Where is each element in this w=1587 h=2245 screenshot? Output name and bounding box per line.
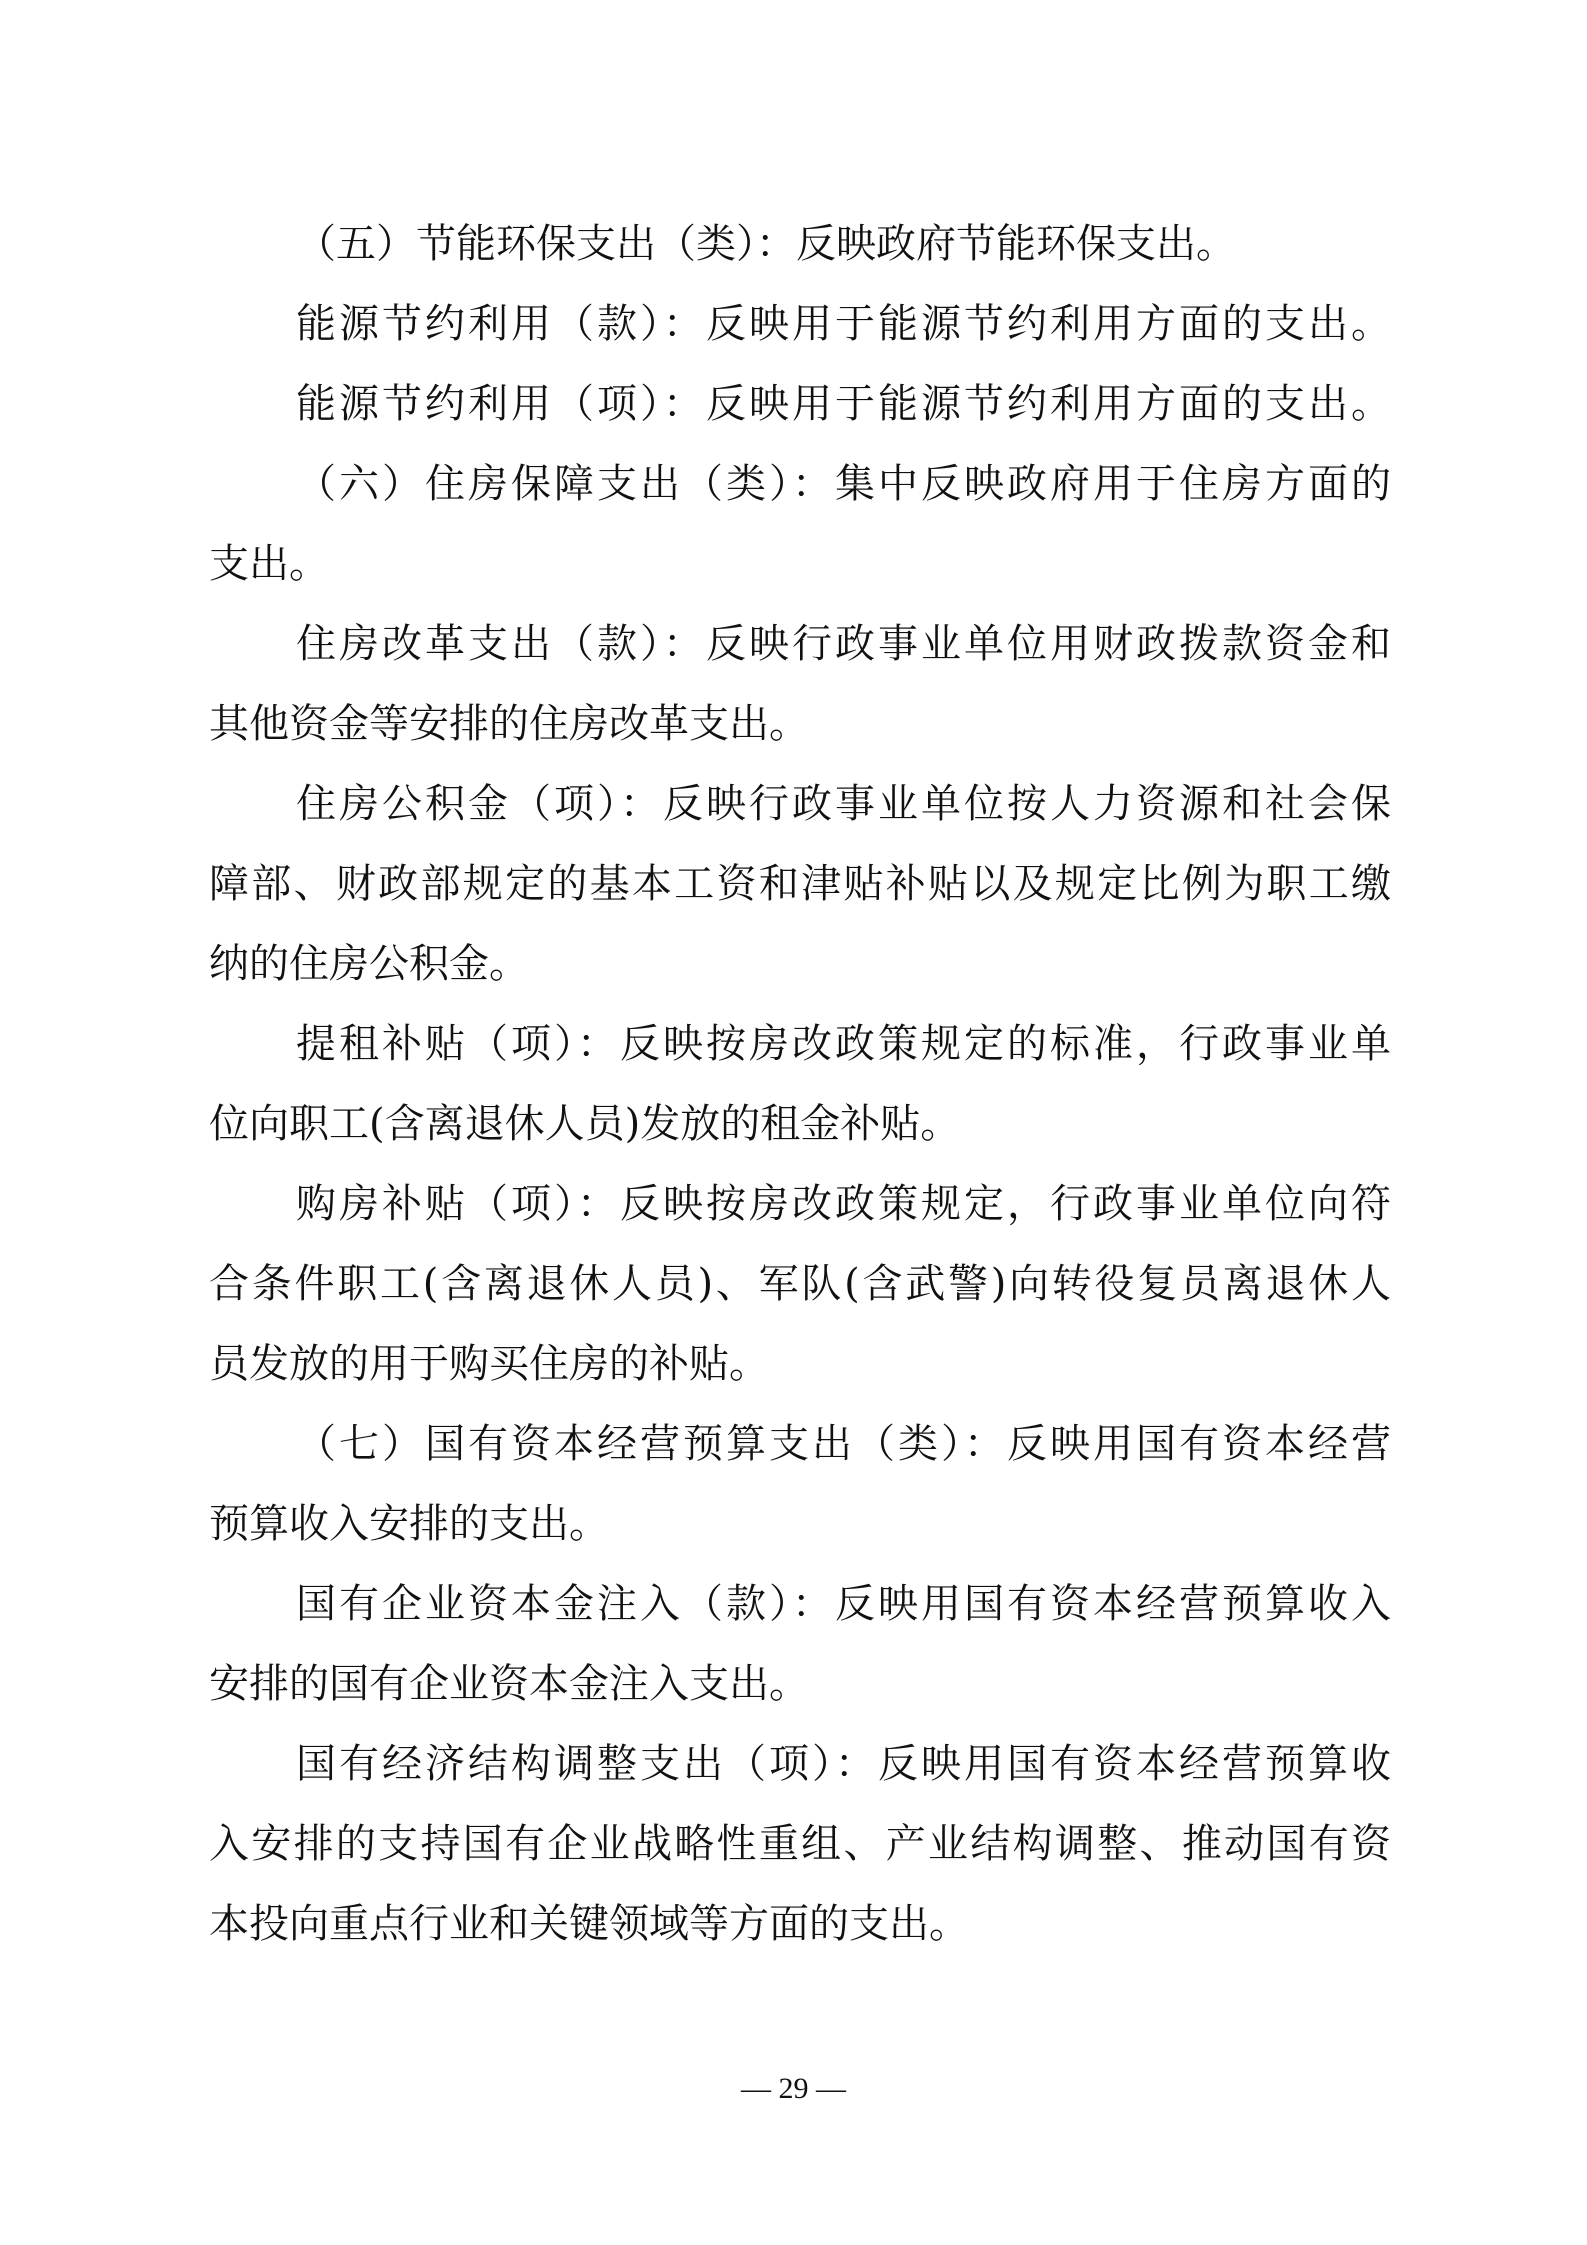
paragraph-line: 障部、财政部规定的基本工资和津贴补贴以及规定比例为职工缴 bbox=[209, 844, 1391, 924]
paragraph-line: 入安排的支持国有企业战略性重组、产业结构调整、推动国有资 bbox=[209, 1804, 1391, 1884]
paragraph-line: 纳的住房公积金。 bbox=[209, 924, 529, 1004]
page-number: — 29 — bbox=[0, 2072, 1587, 2106]
paragraph-line: 购房补贴（项）：反映按房改政策规定，行政事业单位向符 bbox=[296, 1164, 1391, 1244]
paragraph-line: 住房公积金（项）：反映行政事业单位按人力资源和社会保 bbox=[296, 764, 1391, 844]
paragraph-line: 支出。 bbox=[209, 524, 329, 604]
paragraph-line: 国有企业资本金注入（款）：反映用国有资本经营预算收入 bbox=[296, 1564, 1391, 1644]
paragraph-line: 本投向重点行业和关键领域等方面的支出。 bbox=[209, 1884, 969, 1964]
paragraph-line: 合条件职工(含离退休人员)、军队(含武警)向转役复员离退休人 bbox=[209, 1244, 1391, 1324]
document-page: （五）节能环保支出（类）：反映政府节能环保支出。 能源节约利用（款）：反映用于能… bbox=[0, 0, 1587, 2245]
section-5-heading: （五）节能环保支出（类）：反映政府节能环保支出。 bbox=[296, 204, 1236, 284]
paragraph-line: 其他资金等安排的住房改革支出。 bbox=[209, 684, 809, 764]
paragraph-line: 员发放的用于购买住房的补贴。 bbox=[209, 1324, 769, 1404]
section-6-heading: （六）住房保障支出（类）：集中反映政府用于住房方面的 bbox=[296, 444, 1391, 524]
paragraph-line: 提租补贴（项）：反映按房改政策规定的标准，行政事业单 bbox=[296, 1004, 1391, 1084]
paragraph-line: 住房改革支出（款）：反映行政事业单位用财政拨款资金和 bbox=[296, 604, 1391, 684]
paragraph-line: 能源节约利用（项）：反映用于能源节约利用方面的支出。 bbox=[296, 364, 1391, 444]
section-7-heading: （七）国有资本经营预算支出（类）：反映用国有资本经营 bbox=[296, 1404, 1391, 1484]
paragraph-line: 预算收入安排的支出。 bbox=[209, 1484, 609, 1564]
paragraph-line: 能源节约利用（款）：反映用于能源节约利用方面的支出。 bbox=[296, 284, 1391, 364]
paragraph-line: 国有经济结构调整支出（项）：反映用国有资本经营预算收 bbox=[296, 1724, 1391, 1804]
paragraph-line: 位向职工(含离退休人员)发放的租金补贴。 bbox=[209, 1084, 960, 1164]
paragraph-line: 安排的国有企业资本金注入支出。 bbox=[209, 1644, 809, 1724]
